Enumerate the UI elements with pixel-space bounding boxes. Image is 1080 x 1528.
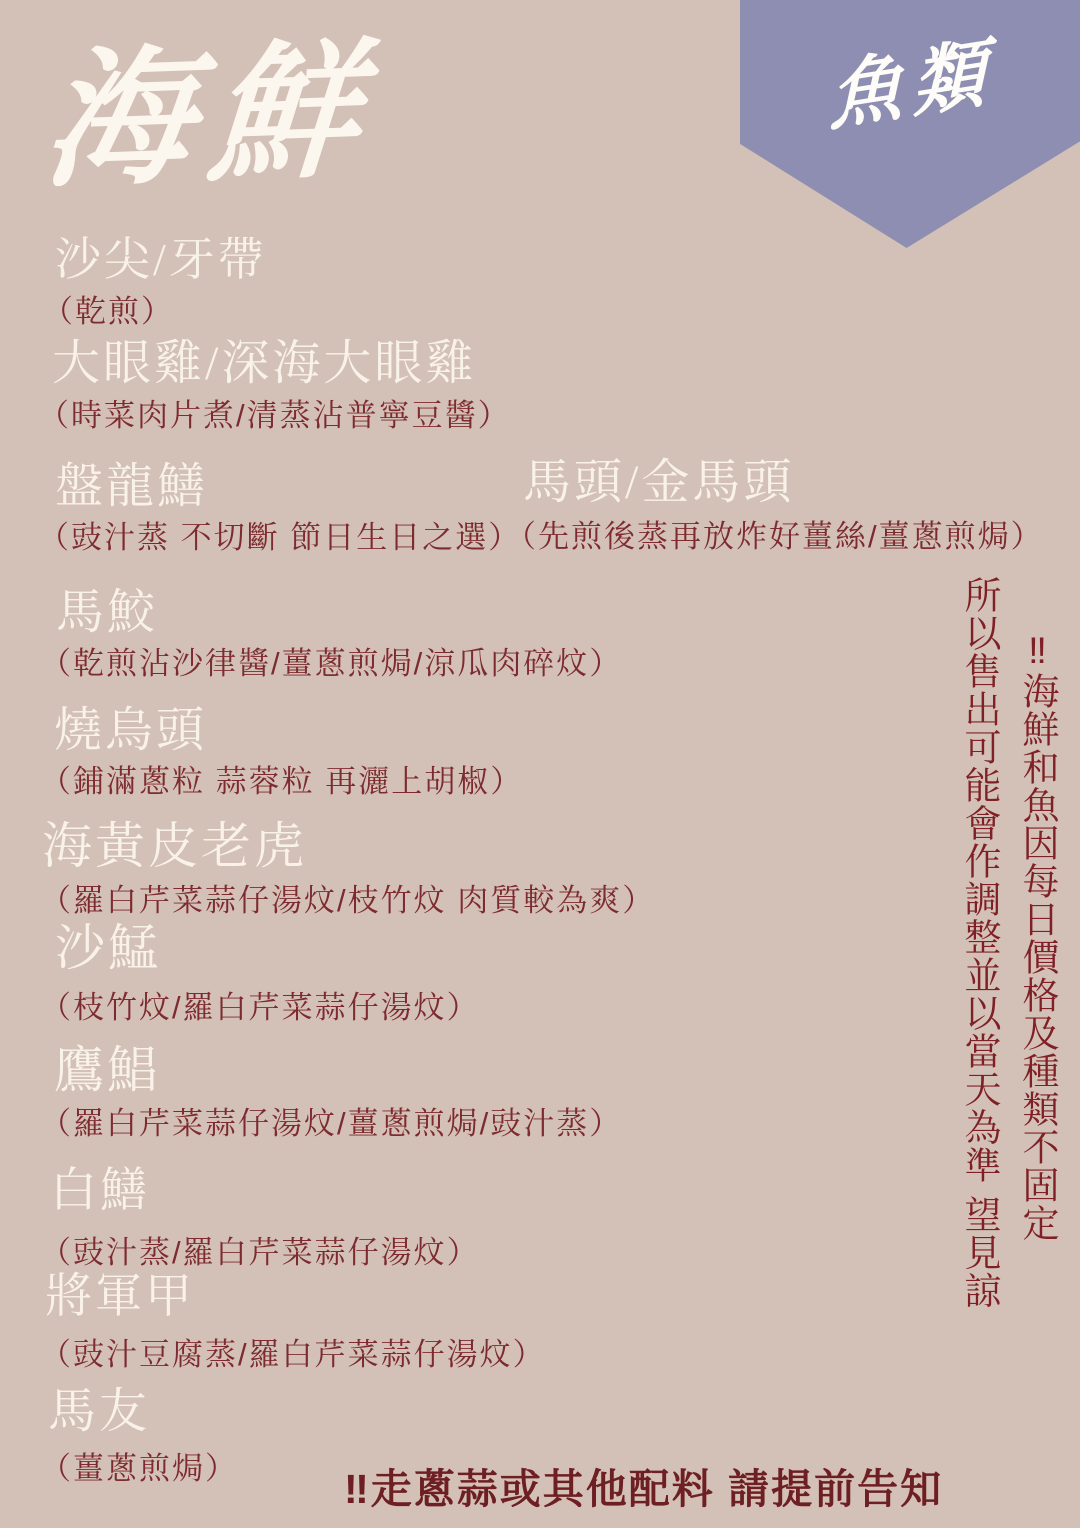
menu-item-name: 馬友	[48, 1384, 150, 1439]
menu-item-name: 沙鯭	[55, 920, 161, 978]
menu-item-desc: （時菜肉片煮/清蒸沾普寧豆醬）	[38, 397, 511, 434]
menu-item-desc: （枝竹炆/羅白芹菜蒜仔湯炆）	[40, 989, 480, 1026]
footer-notice: ‼走蔥蒜或其他配料 請提前告知	[344, 1456, 943, 1515]
menu-item-name: 燒烏頭	[54, 703, 207, 758]
side-notice-left: 所以售出可能會作調整並以當天為準 望見諒	[952, 576, 1006, 1309]
category-banner: 魚類	[740, 0, 1080, 248]
menu-item-desc: （豉汁豆腐蒸/羅白芹菜蒜仔湯炆）	[40, 1336, 546, 1373]
menu-item-desc: （羅白芹菜蒜仔湯炆/枝竹炆 肉質較為爽）	[40, 882, 655, 919]
menu-item-desc: （先煎後蒸再放炸好薑絲/薑蔥煎焗）	[505, 518, 1044, 555]
menu-page: 海鮮 魚類 沙尖/牙帶 （乾煎） 大眼雞/深海大眼雞 （時菜肉片煮/清蒸沾普寧豆…	[0, 0, 1080, 1528]
menu-item-name: 海黃皮老虎	[42, 818, 307, 876]
menu-item-desc: （豉汁蒸 不切斷 節日生日之選）	[38, 519, 521, 556]
menu-item-name: 沙尖/牙帶	[55, 234, 267, 287]
category-banner-label: 魚類	[828, 35, 995, 136]
side-notice-right: ‼海鮮和魚因每日價格及種類不固定	[1010, 630, 1064, 1242]
menu-item-desc: （乾煎沾沙律醬/薑蔥煎焗/涼瓜肉碎炆）	[40, 645, 622, 682]
menu-item-name: 馬鮫	[56, 585, 158, 640]
menu-item-name: 大眼雞/深海大眼雞	[52, 336, 476, 391]
menu-item-desc: （乾煎）	[42, 293, 174, 330]
menu-item-name: 盤龍鱔	[55, 459, 208, 514]
menu-item-name: 馬頭/金馬頭	[523, 455, 794, 510]
menu-item-name: 將軍甲	[45, 1270, 195, 1324]
menu-item-name: 白鱔	[50, 1164, 150, 1218]
menu-item-name: 鷹鯧	[54, 1042, 160, 1100]
menu-item-desc: （薑蔥煎焗）	[40, 1450, 238, 1487]
page-title: 海鮮	[39, 32, 382, 199]
menu-item-desc: （羅白芹菜蒜仔湯炆/薑蔥煎焗/豉汁蒸）	[40, 1105, 622, 1142]
menu-item-desc: （鋪滿蔥粒 蒜蓉粒 再灑上胡椒）	[40, 763, 523, 800]
menu-item-desc: （豉汁蒸/羅白芹菜蒜仔湯炆）	[40, 1234, 480, 1271]
